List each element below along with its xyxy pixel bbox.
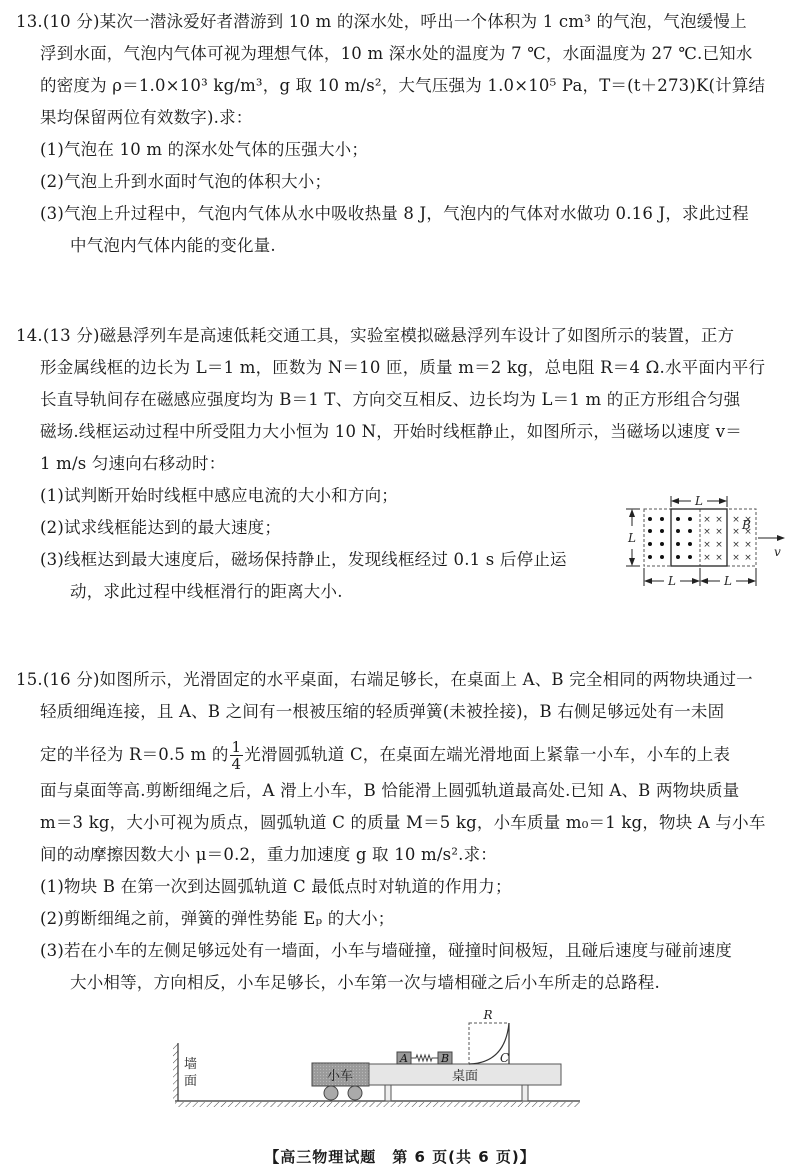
svg-text:×: × [732,540,740,550]
block-a-label: A [399,1052,408,1065]
magnetic-field-diagram: ×××× ×××× ×××× ×××× B L L L [612,486,800,590]
svg-text:×: × [715,540,723,550]
q15-line-5: m＝3 kg，大小可视为质点，圆弧轨道 C 的质量 M＝5 kg，小车质量 m₀… [40,813,766,833]
fraction-denominator: 4 [230,756,244,772]
q14-sub-1: (1)试判断开始时线框中感应电流的大小和方向； [40,486,398,506]
label-v: v [774,545,781,559]
svg-text:×: × [703,527,711,537]
cart-table-figure: 墙 面 小车 桌面 A B R C [160,1005,580,1110]
q15-sub-2: (2)剪断细绳之前，弹簧的弹性势能 Eₚ 的大小； [40,909,395,929]
q14-line-3: 长直导轨间存在磁感应强度均为 B＝1 T、方向交互相反、边长均为 L＝1 m 的… [40,390,740,410]
wall-label-1: 墙 [184,1056,197,1072]
magnetic-field-figure: ×××× ×××× ×××× ×××× B L L L [612,486,800,590]
q14-line-5: 1 m/s 匀速向右移动时： [40,454,225,474]
q15-line-1: 15.(16 分)如图所示，光滑固定的水平桌面，右端足够长，在桌面上 A、B 完… [16,670,753,690]
q15-sub-1: (1)物块 B 在第一次到达圆弧轨道 C 最低点时对轨道的作用力； [40,877,512,897]
q13-line-3: 的密度为 ρ＝1.0×10³ kg/m³，g 取 10 m/s²，大气压强为 1… [40,76,765,96]
q14-sub-3-cont: 动，求此过程中线框滑行的距离大小. [70,582,343,602]
q15-line-3-pre: 定的半径为 R＝0.5 m 的 [40,745,229,764]
svg-text:×: × [715,553,723,563]
q13-sub-3-cont: 中气泡内气体内能的变化量. [70,236,276,256]
table-label: 桌面 [452,1068,478,1084]
svg-text:×: × [744,553,752,563]
q15-sub-3-cont: 大小相等，方向相反，小车足够长，小车第一次与墙相碰之后小车所走的总路程. [70,973,660,993]
fraction-numerator: 1 [230,739,244,756]
q14-line-2: 形金属线框的边长为 L＝1 m，匝数为 N＝10 匝，质量 m＝2 kg，总电阻… [40,358,765,378]
label-l-bottom-1: L [667,574,676,588]
cart-label: 小车 [327,1069,353,1084]
fraction-one-quarter: 14 [230,739,244,772]
arc-c-label: C [500,1051,509,1065]
q14-line-4: 磁场.线框运动过程中所受阻力大小恒为 10 N，开始时线框静止，如图所示，当磁场… [40,422,742,442]
svg-text:×: × [732,553,740,563]
q15-line-6: 间的动摩擦因数大小 μ＝0.2，重力加速度 g 取 10 m/s².求： [40,845,497,865]
svg-text:×: × [703,540,711,550]
radius-label: R [482,1008,492,1022]
q13-line-2: 浮到水面，气泡内气体可视为理想气体，10 m 深水处的温度为 7 ℃，水面温度为… [40,44,753,64]
q15-sub-3: (3)若在小车的左侧足够远处有一墙面，小车与墙碰撞，碰撞时间极短，且碰后速度与碰… [40,941,732,961]
q14-sub-2: (2)试求线框能达到的最大速度； [40,518,281,538]
svg-text:×: × [703,553,711,563]
label-l-left: L [627,531,636,545]
q13-line-1: 13.(10 分)某次一潜泳爱好者潜游到 10 m 的深水处，呼出一个体积为 1… [16,12,747,32]
svg-text:×: × [715,515,723,525]
wall-label-2: 面 [184,1074,197,1089]
svg-text:×: × [732,527,740,537]
svg-text:×: × [703,515,711,525]
q15-line-3: 定的半径为 R＝0.5 m 的14光滑圆弧轨道 C，在桌面左端光滑地面上紧靠一小… [40,739,730,772]
label-l-bottom-2: L [723,574,732,588]
q14-sub-3: (3)线框达到最大速度后，磁场保持静止，发现线框经过 0.1 s 后停止运 [40,550,567,570]
svg-text:×: × [732,515,740,525]
q15-line-3-post: 光滑圆弧轨道 C，在桌面左端光滑地面上紧靠一小车，小车的上表 [244,745,730,764]
q13-sub-3: (3)气泡上升过程中，气泡内气体从水中吸收热量 8 J，气泡内的气体对水做功 0… [40,204,749,224]
q15-line-2: 轻质细绳连接，且 A、B 之间有一根被压缩的轻质弹簧(未被拴接)，B 右侧足够远… [40,702,724,722]
q13-sub-1: (1)气泡在 10 m 的深水处气体的压强大小； [40,140,368,160]
label-l-top: L [694,494,703,508]
q13-line-4: 果均保留两位有效数字).求： [40,108,252,128]
svg-text:×: × [744,540,752,550]
cart-table-diagram: 墙 面 小车 桌面 A B R C [160,1005,580,1110]
q15-line-4: 面与桌面等高.剪断细绳之后，A 滑上小车，B 恰能滑上圆弧轨道最高处.已知 A、… [40,781,739,801]
page-footer: 【高三物理试题 第 6 页(共 6 页)】 [0,1146,800,1167]
svg-text:×: × [715,527,723,537]
q14-line-1: 14.(13 分)磁悬浮列车是高速低耗交通工具，实验室模拟磁悬浮列车设计了如图所… [16,326,734,346]
label-b: B [741,518,751,532]
block-b-label: B [440,1052,449,1065]
q13-sub-2: (2)气泡上升到水面时气泡的体积大小； [40,172,331,192]
